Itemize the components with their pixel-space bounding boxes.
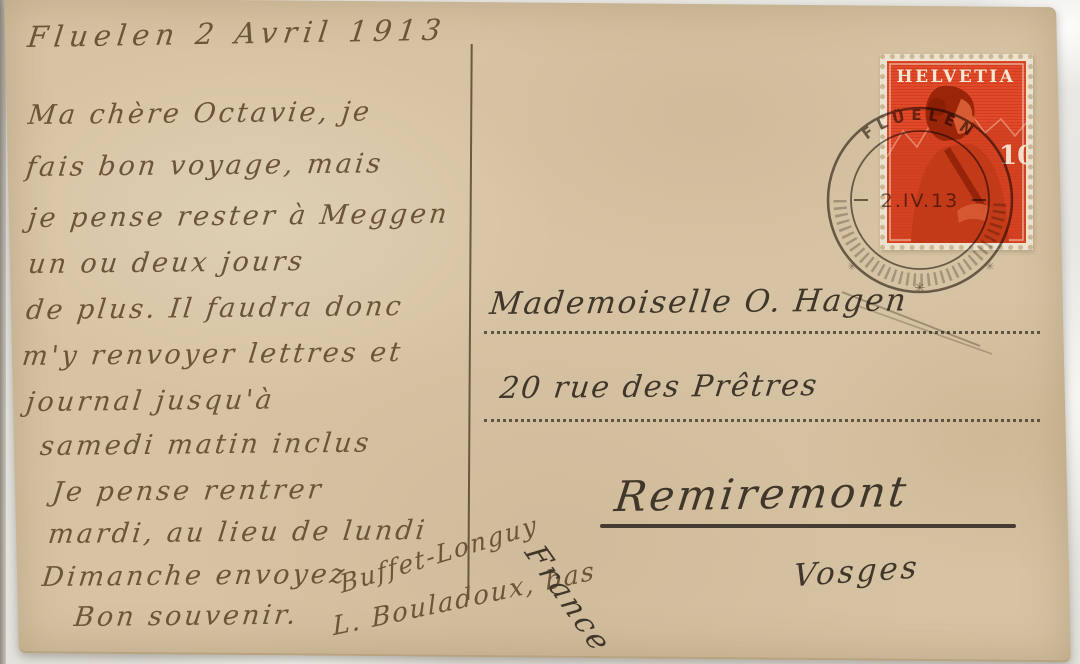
svg-text:✳: ✳ [985,260,994,273]
closing-line: Dimanche envoyez [41,559,349,593]
street-dotted-line [484,419,1040,422]
message-line: fais bon voyage, mais [25,148,386,183]
message-line: de plus. Il faudra donc [25,291,406,326]
postmark-date: 2.IV.13 [881,190,960,212]
message-line: Je pense rentrer [51,474,326,508]
message-line: samedi matin inclus [39,428,374,463]
message-line: je pense rester à Meggen [27,199,452,234]
farewell-line: Bon souvenir. [73,600,301,633]
message-line: mardi, au lieu de lundi [47,515,430,550]
svg-text:✳: ✳ [915,281,926,296]
message-line: un ou deux jours [27,246,307,280]
svg-text:FLÜELEN: FLÜELEN [858,105,981,143]
dateline: Fluelen 2 Avril 1913 [26,13,449,54]
stamp-country-label: HELVETIA [897,67,1016,87]
svg-text:✳: ✳ [847,260,856,273]
postmark: FLÜELEN 2.IV.13 ✳ ✳ ✳ [812,94,1038,364]
city-underline [600,524,1016,528]
postmark-town: FLÜELEN [858,105,981,143]
message-line: m'y renvoyer lettres et [21,337,405,372]
divider-line [467,44,472,600]
message-line: Ma chère Octavie, je [27,96,374,131]
address-city: Remiremont [612,467,912,521]
postcard-content: Fluelen 2 Avril 1913 Ma chère Octavie, j… [0,0,1080,664]
address-street: 20 rue des Prêtres [498,368,820,406]
address-department: Vosges [792,549,920,594]
message-line: journal jusqu'à [25,384,277,418]
